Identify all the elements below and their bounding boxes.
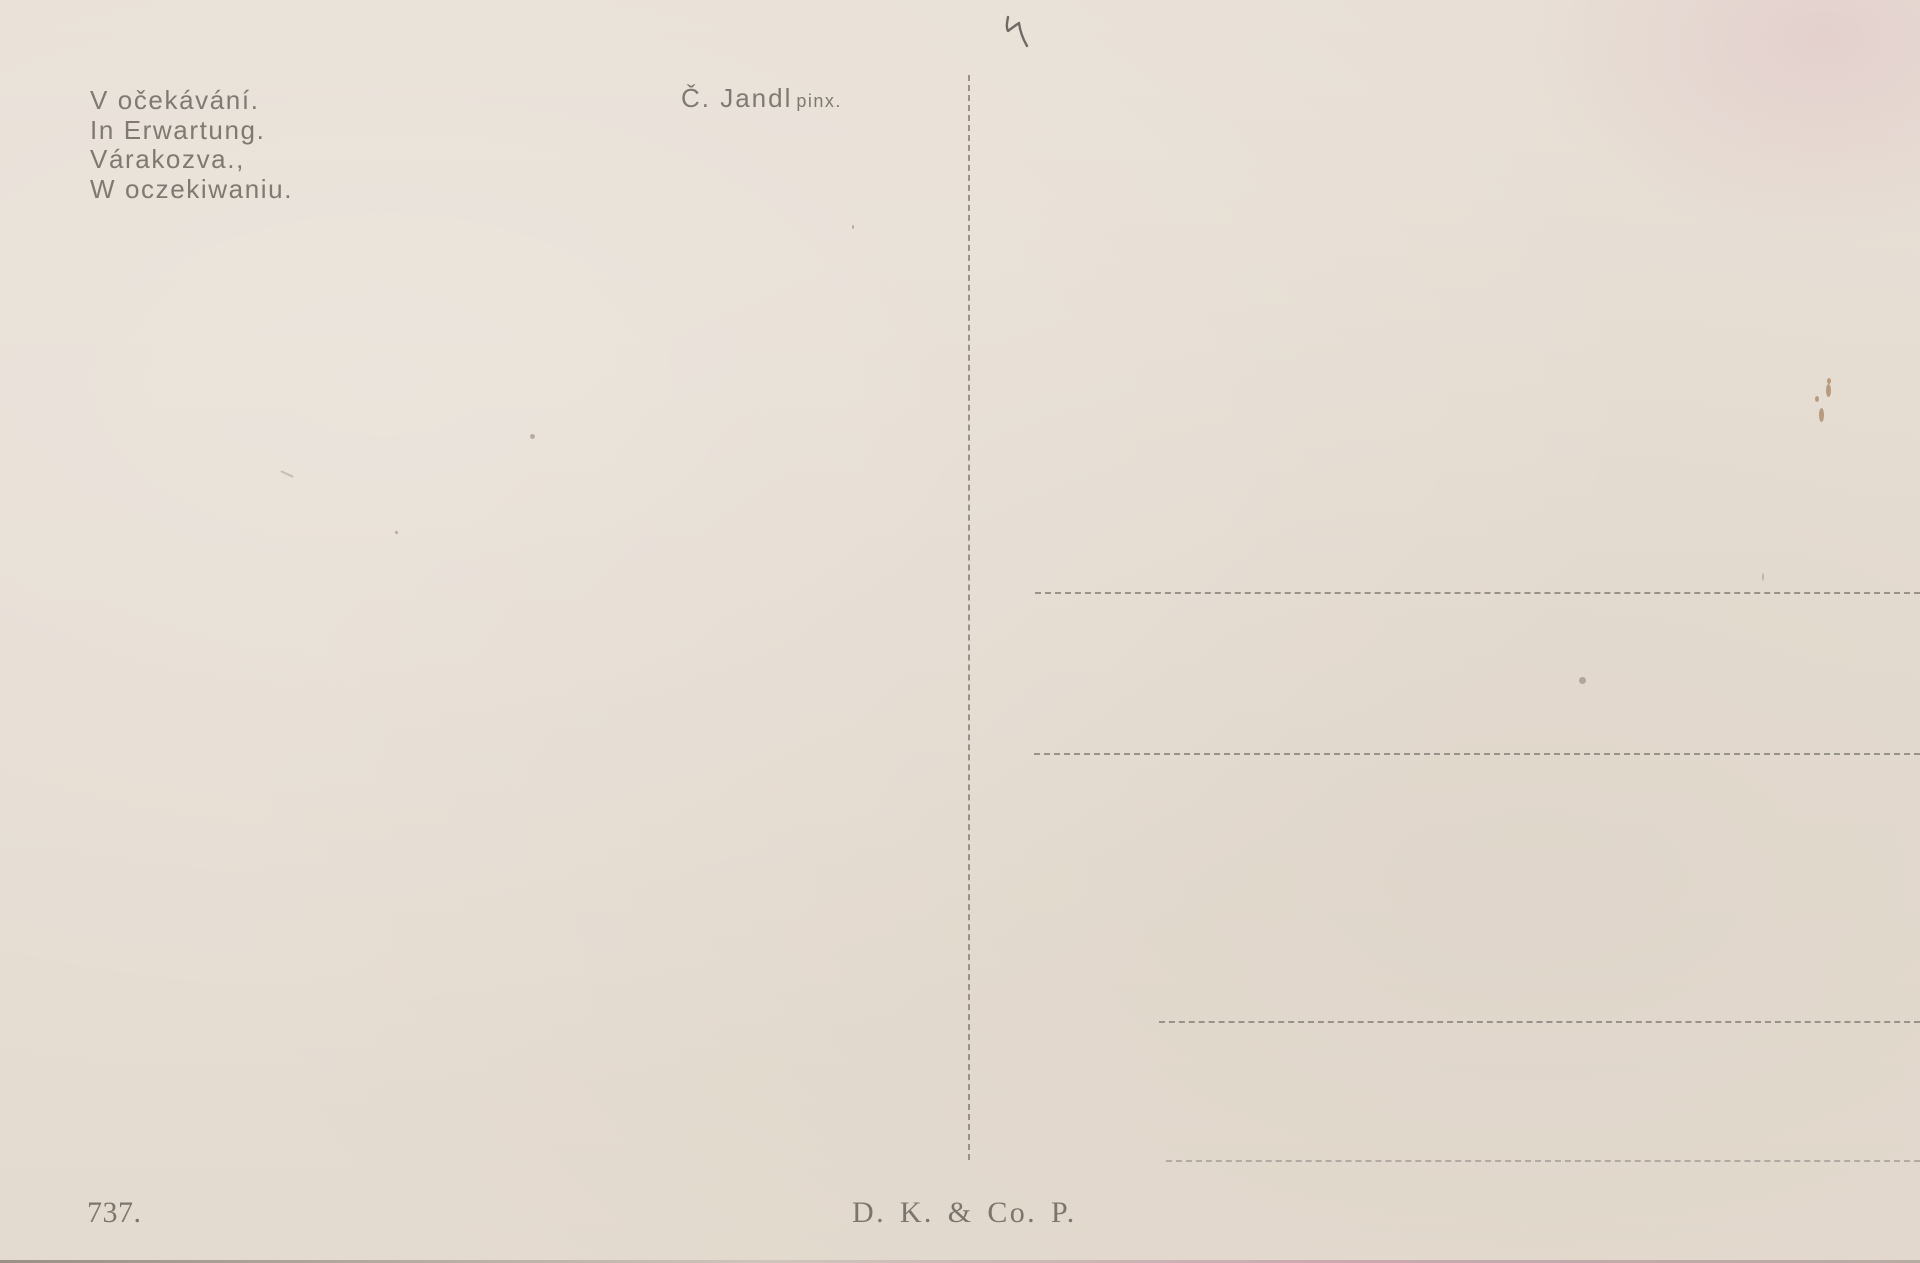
address-line-1 xyxy=(1035,592,1920,594)
paper-speck xyxy=(530,434,535,439)
address-line-2 xyxy=(1034,753,1920,755)
artist-name: Č. Jandl xyxy=(681,83,792,113)
title-german: In Erwartung. xyxy=(90,116,293,146)
stain-mark xyxy=(1826,384,1831,397)
paper-speck xyxy=(395,531,398,534)
publisher-mark: D. K. & Co. P. xyxy=(852,1196,1077,1230)
address-line-4 xyxy=(1166,1160,1920,1162)
vertical-divider xyxy=(968,75,970,1160)
paper-speck xyxy=(852,225,854,229)
paper-speck xyxy=(280,470,294,478)
postcard-back: V očekávání. In Erwartung. Várakozva., W… xyxy=(0,0,1920,1263)
title-polish: W oczekiwaniu. xyxy=(90,175,293,205)
stain-mark xyxy=(1815,396,1819,402)
title-czech: V očekávání. xyxy=(90,86,293,116)
title-hungarian: Várakozva., xyxy=(90,145,293,175)
paper-speck xyxy=(1762,573,1764,581)
card-title-block: V očekávání. In Erwartung. Várakozva., W… xyxy=(90,86,293,204)
card-number: 737. xyxy=(87,1196,142,1230)
artist-suffix: pinx. xyxy=(796,91,842,111)
handwritten-number-mark xyxy=(1004,13,1032,49)
address-line-3 xyxy=(1159,1021,1920,1023)
artist-credit: Č. Jandlpinx. xyxy=(681,83,842,114)
stain-mark xyxy=(1819,408,1824,422)
paper-speck xyxy=(1579,677,1586,684)
